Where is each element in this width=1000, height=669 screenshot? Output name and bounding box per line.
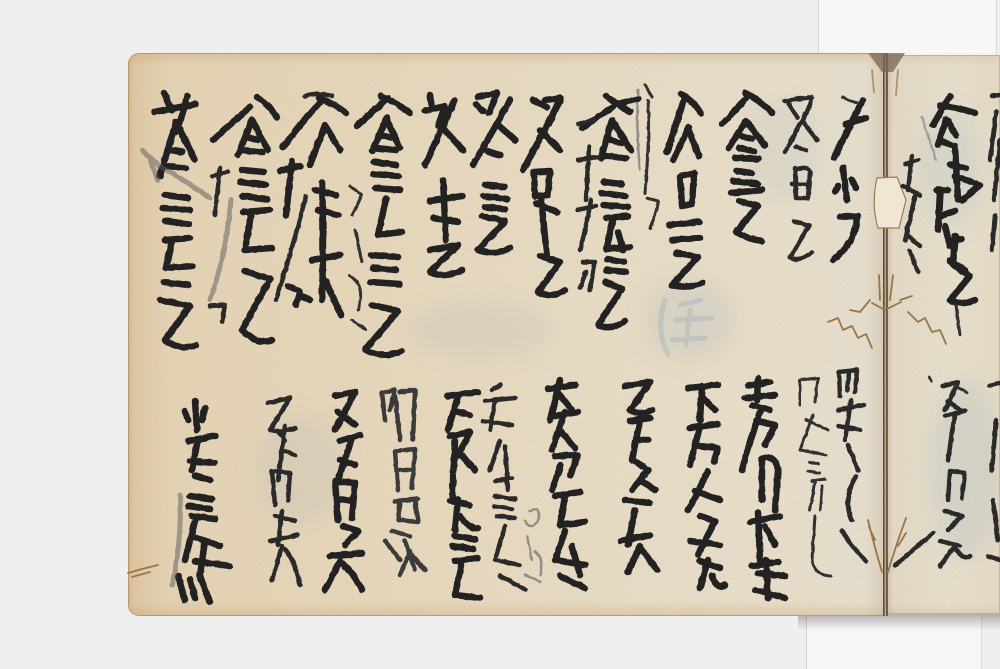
text-column: 十七分: [573, 115, 595, 181]
text-column: 七分: [207, 170, 233, 222]
text-column: 同金三両: [470, 90, 510, 250]
transcription-layer: 済小分 同金四両 大金三両 大金四十二両 別ニ 大金三百五十二両 十七分 同金四…: [0, 0, 1000, 669]
text-column: 同金三百五十三両: [150, 88, 184, 360]
text-column-partial: 一九七: [985, 380, 1000, 425]
text-column: 同金壱歩: [423, 90, 467, 266]
text-column-partial: 日八人: [988, 90, 1000, 126]
text-column: 宗仁三兵衛: [480, 383, 521, 588]
text-column: 済小分: [830, 90, 866, 198]
text-column: 内藤ても: [833, 367, 867, 503]
text-column: 久右衛門: [617, 380, 657, 540]
text-column: 又右衛門: [937, 377, 973, 521]
text-column: 久右衛門: [263, 397, 300, 545]
text-column: 同金四七匁: [523, 93, 563, 293]
text-column: 七分余: [277, 163, 310, 262]
text-column: 喜多川博兼: [740, 377, 784, 597]
text-column: 同金四両: [783, 93, 817, 229]
text-column: 小豊三蔵代: [173, 400, 213, 600]
text-column: 内也ニ而し: [797, 370, 830, 535]
text-column: 十七分: [900, 157, 923, 226]
text-column: 又右衛門: [320, 390, 363, 562]
text-column: 下石久兵衛: [683, 380, 723, 580]
text-column: 大金弐拾両: [310, 97, 356, 327]
text-column: 大金四十二両: [667, 90, 700, 288]
text-column: 大金三百五十三両: [357, 93, 390, 357]
text-column: 万坂九三兵衛: [443, 387, 478, 597]
text-column: 河内西鋪人: [380, 387, 418, 577]
text-column: 大金四千百九十八両: [930, 90, 957, 333]
text-column: 大和屋五兵衛: [543, 380, 578, 590]
text-column: 大金三両: [720, 90, 758, 242]
text-column: 別ニ: [635, 83, 657, 127]
